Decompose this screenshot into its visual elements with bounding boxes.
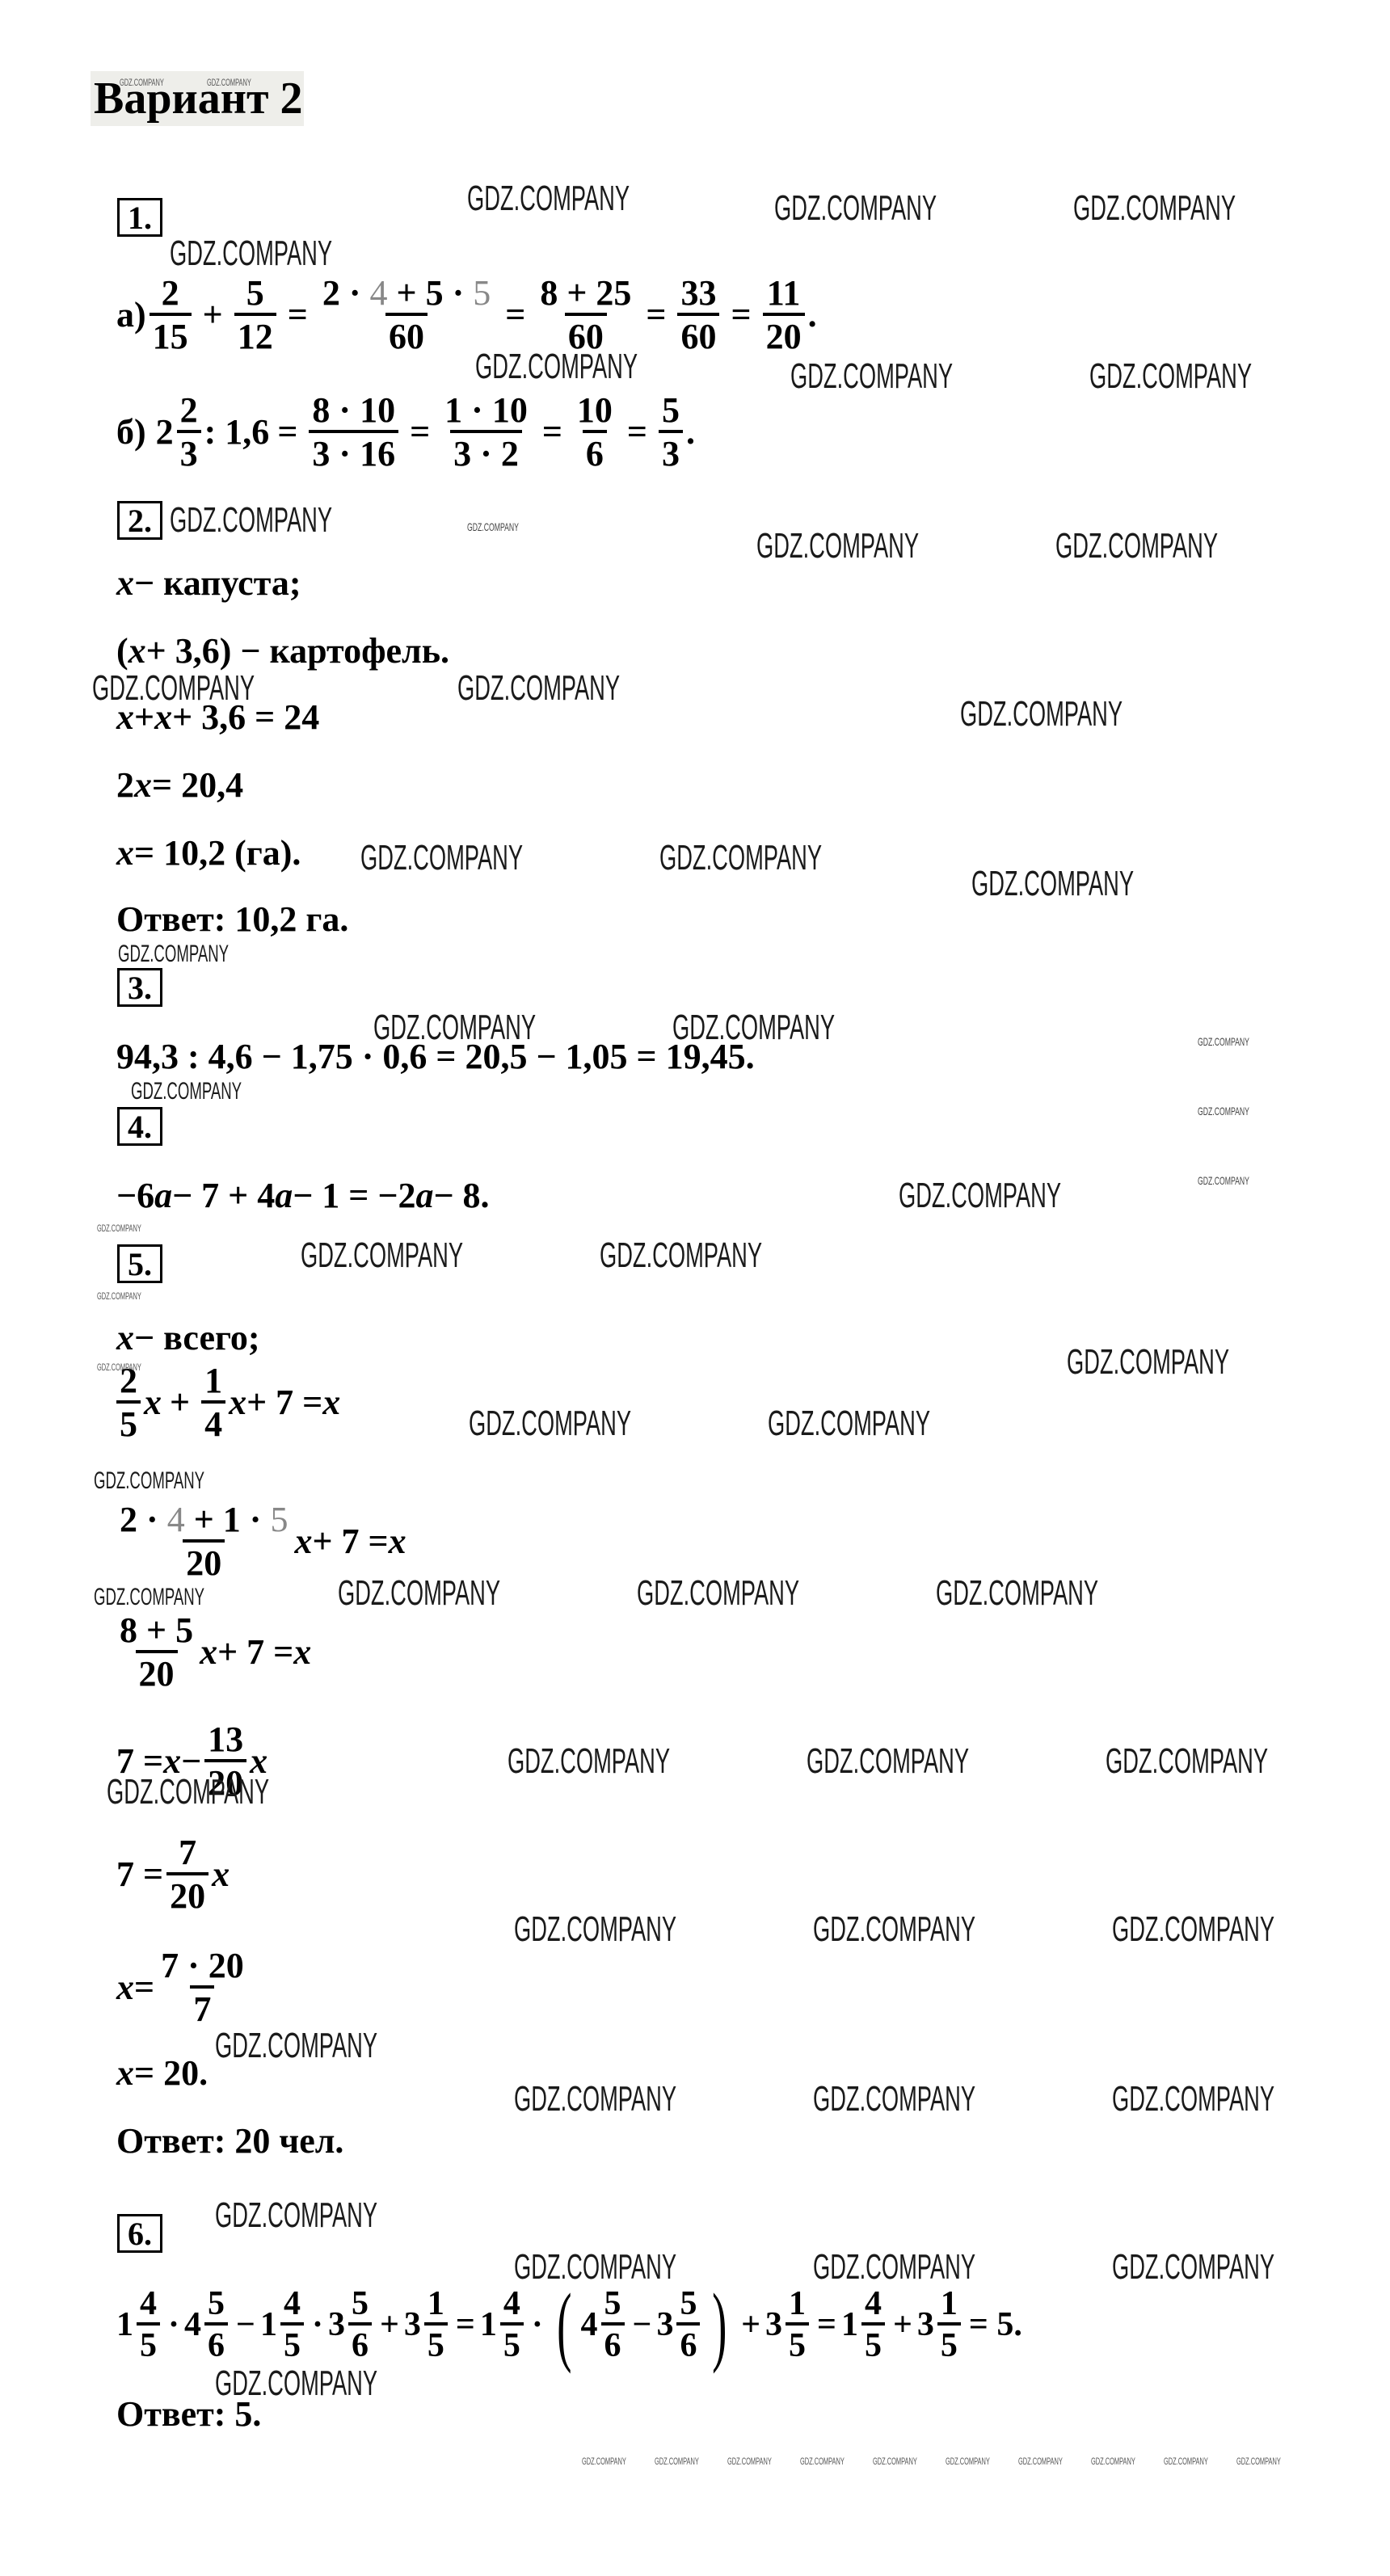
mixed-number: 145 [841,2287,888,2363]
watermark: GDZ.COMPANY [118,942,229,966]
fraction: 8 + 2560 [537,276,634,355]
task5-answer: Ответ: 20 чел. [116,2124,343,2159]
watermark: GDZ.COMPANY [800,2456,845,2466]
watermark: GDZ.COMPANY [338,1576,500,1611]
operator: + [741,2308,760,2342]
watermark: GDZ.COMPANY [1106,1744,1268,1779]
watermark: GDZ.COMPANY [301,1238,463,1273]
watermark: GDZ.COMPANY [727,2456,772,2466]
watermark: GDZ.COMPANY [170,503,332,538]
watermark: GDZ.COMPANY [1067,1345,1229,1380]
task1-line-b: б) 2 23 : 1,6 = 8 · 103 · 16 = 1 · 103 ·… [116,380,695,485]
watermark: GDZ.COMPANY [467,181,630,217]
fraction: 23 [177,393,201,472]
watermark: GDZ.COMPANY [97,1223,141,1233]
watermark: GDZ.COMPANY [813,2250,975,2285]
fraction: 14 [201,1363,225,1442]
watermark: GDZ.COMPANY [1089,359,1252,394]
watermark: GDZ.COMPANY [1073,191,1236,226]
fraction: 1120 [763,276,805,355]
task2-answer: Ответ: 10,2 га. [116,902,348,937]
watermark: GDZ.COMPANY [899,1178,1061,1214]
fraction: 53 [659,393,683,472]
watermark: GDZ.COMPANY [1112,2081,1274,2117]
watermark: GDZ.COMPANY [813,1912,975,1947]
mixed-number: 315 [765,2287,812,2363]
watermark: GDZ.COMPANY [360,840,523,876]
watermark: GDZ.COMPANY [97,1291,141,1301]
watermark: GDZ.COMPANY [582,2456,626,2466]
watermark: GDZ.COMPANY [790,359,953,394]
operator: · [168,2308,179,2342]
watermark: GDZ.COMPANY [215,2198,377,2233]
fraction: 3360 [677,276,719,355]
fraction: 720 [166,1835,208,1914]
fraction: 56 [204,2287,228,2363]
task5-eq-6: x = 7 · 207 [116,1946,251,2030]
fraction: 8 + 520 [116,1613,196,1692]
task5-eq-5: 7 = 720 x [116,1834,230,1915]
fraction: 106 [574,393,616,472]
fraction: 45 [280,2287,304,2363]
label-b: б) [116,415,146,450]
watermark: GDZ.COMPANY [1018,2456,1063,2466]
watermark: GDZ.COMPANY [637,1576,799,1611]
task5-line-1: x − всего; [116,1320,260,1356]
task6-expression: 145·456−145·356+315=145·(456−356)+315=14… [116,2275,1027,2375]
operator: · [312,2308,323,2342]
parenthesis: ) [713,2280,727,2369]
operator: + [893,2308,912,2342]
mixed-number: 145 [116,2287,163,2363]
watermark: GDZ.COMPANY [215,2366,377,2401]
mixed-number: 315 [404,2287,451,2363]
task-number-4: 4. [117,1107,162,1146]
watermark: GDZ.COMPANY [97,1362,141,1372]
task5-eq-7: x = 20. [116,2056,208,2091]
fraction: 15 [937,2287,961,2363]
mixed-number: 356 [328,2287,375,2363]
watermark: GDZ.COMPANY [655,2456,699,2466]
label-a: а) [116,297,146,333]
watermark: GDZ.COMPANY [207,78,251,87]
watermark: GDZ.COMPANY [94,1585,204,1610]
fraction: 45 [861,2287,885,2363]
watermark: GDZ.COMPANY [813,2081,975,2117]
task-number-1: 1. [117,198,162,237]
watermark: GDZ.COMPANY [873,2456,917,2466]
operator: − [633,2308,652,2342]
watermark: GDZ.COMPANY [672,1010,835,1046]
fraction: 215 [150,276,192,355]
watermark: GDZ.COMPANY [373,1010,536,1046]
fraction: 56 [601,2287,625,2363]
fraction: 45 [137,2287,160,2363]
watermark: GDZ.COMPANY [508,1744,670,1779]
fraction: 8 · 103 · 16 [309,393,398,472]
watermark: GDZ.COMPANY [475,349,638,385]
fraction: 56 [348,2287,372,2363]
operator: = [817,2308,836,2342]
mixed-number: 145 [260,2287,307,2363]
watermark: GDZ.COMPANY [1112,2250,1274,2285]
watermark: GDZ.COMPANY [215,2028,377,2064]
task5-eq-3: 8 + 520 x + 7 = x [113,1612,311,1693]
task5-eq-1: 25 x + 14 x + 7 = x [113,1374,340,1432]
fraction: 512 [234,276,276,355]
watermark: GDZ.COMPANY [1055,528,1218,564]
watermark: GDZ.COMPANY [946,2456,990,2466]
fraction: 45 [500,2287,524,2363]
watermark: GDZ.COMPANY [1198,1105,1249,1117]
watermark: GDZ.COMPANY [94,1469,204,1493]
task5-eq-2: 2 · 4 + 1 · 5 20 x + 7 = x [113,1501,406,1582]
parenthesis: ( [557,2280,571,2369]
watermark: GDZ.COMPANY [936,1576,1098,1611]
watermark: GDZ.COMPANY [469,1406,631,1442]
task-number-6: 6. [117,2214,162,2253]
mixed-number: 456 [184,2287,231,2363]
task-number-5: 5. [117,1244,162,1283]
mixed-number: 456 [581,2287,628,2363]
fraction: 2 · 4 + 5 · 5 60 [319,276,494,355]
operator: + [380,2308,399,2342]
watermark: GDZ.COMPANY [600,1238,762,1273]
watermark: GDZ.COMPANY [1091,2456,1135,2466]
watermark-row: GDZ.COMPANYGDZ.COMPANYGDZ.COMPANYGDZ.COM… [0,2456,1390,2473]
task-number-3: 3. [117,968,162,1007]
watermark: GDZ.COMPANY [659,840,822,876]
operator: · [532,2308,543,2342]
watermark: GDZ.COMPANY [1198,1175,1249,1186]
task4-expression: −6a − 7 + 4a − 1 = −2a − 8. [116,1178,490,1214]
mixed-number: 145 [480,2287,527,2363]
watermark: GDZ.COMPANY [107,1774,269,1810]
operator: = 5. [969,2308,1022,2342]
task2-line-1: x − капуста; [116,566,301,601]
watermark: GDZ.COMPANY [457,671,620,706]
watermark: GDZ.COMPANY [807,1744,969,1779]
watermark: GDZ.COMPANY [514,1912,676,1947]
watermark: GDZ.COMPANY [1164,2456,1208,2466]
watermark: GDZ.COMPANY [1112,1912,1274,1947]
operator: − [236,2308,255,2342]
task2-line-2: (x + 3,6) − картофель. [116,633,449,669]
watermark: GDZ.COMPANY [514,2081,676,2117]
watermark: GDZ.COMPANY [131,1080,242,1104]
fraction: 2 · 4 + 1 · 5 20 [116,1502,291,1581]
watermark: GDZ.COMPANY [170,236,332,271]
task1-line-a: а) 215 + 512 = 2 · 4 + 5 · 5 60 = 8 + 25… [116,263,817,368]
task2-line-5: x = 10,2 (га). [116,836,301,871]
watermark: GDZ.COMPANY [1198,1036,1249,1047]
watermark: GDZ.COMPANY [1236,2456,1281,2466]
watermark: GDZ.COMPANY [120,78,164,87]
operator: = [456,2308,475,2342]
watermark: GDZ.COMPANY [92,671,255,706]
watermark: GDZ.COMPANY [514,2250,676,2285]
fraction: 15 [424,2287,448,2363]
task-number-2: 2. [117,501,162,540]
watermark: GDZ.COMPANY [774,191,937,226]
watermark: GDZ.COMPANY [971,866,1134,902]
fraction: 15 [786,2287,809,2363]
fraction: 7 · 207 [158,1948,247,2027]
watermark: GDZ.COMPANY [467,521,519,532]
fraction: 25 [116,1363,141,1442]
fraction: 56 [676,2287,700,2363]
watermark: GDZ.COMPANY [756,528,919,564]
mixed-number: 356 [656,2287,703,2363]
watermark: GDZ.COMPANY [768,1406,930,1442]
fraction: 1 · 103 · 2 [441,393,531,472]
watermark: GDZ.COMPANY [960,697,1123,732]
mixed-number: 315 [917,2287,964,2363]
task2-line-4: 2x = 20,4 [116,768,243,803]
